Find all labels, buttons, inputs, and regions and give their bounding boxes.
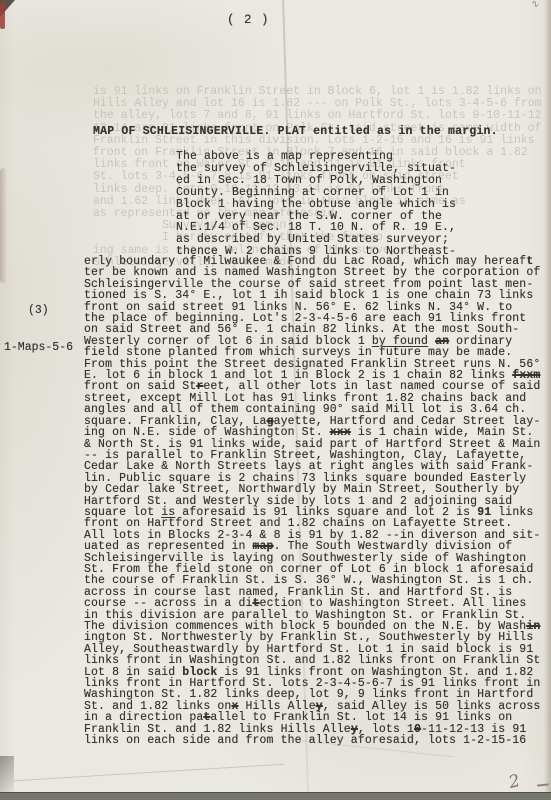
text-line: Block 1 having the obtuse angle which is [176,199,456,211]
left-edge-shadow [0,168,7,283]
text-line: Cedar Lake & North Streets lays at right… [84,461,540,472]
text-line: field stone planted from which surveys i… [84,347,540,358]
red-edge-mark [0,2,5,29]
text-line: ing on N.E. side of Washington St. xxx i… [84,427,540,438]
text-line: tioned is S. 34° E., lot 1 ih said block… [84,290,540,301]
text-line: course -- across in a ditection to Washi… [84,598,540,609]
text-line: County. Beginning at corner of Lot 1 in [176,187,456,199]
indented-paragraph: The above is a map representingthe surve… [176,151,456,258]
text-line: by Cedar lake Street, Northwardly by Mai… [84,484,540,495]
page-number: ( 2 ) [227,13,270,27]
margin-note-section: (3) [28,304,49,317]
text-line: ed in Sec. 18 Town of Polk, Washington [176,175,456,187]
scanned-document-page: is 91 links on Franklin Street in Block … [0,0,551,800]
document-heading: MAP OF SCHLEISINGERVILLE. PLAT entitled … [93,125,498,138]
right-edge-shadow [544,0,551,800]
pencil-tick-mark: ∿ [530,0,541,12]
handwritten-page-number: 2 [507,771,522,793]
ghost-text-line: the alley, lots 7 and 8, 91 links on Har… [93,110,542,122]
text-line: uated as represented in map. The South W… [84,541,540,552]
bottom-left-corner-shadow [0,756,14,796]
scan-bottom-edge [0,792,551,800]
margin-note-index: 1-Maps-5-6 [4,341,73,354]
diagonal-crease [14,764,284,781]
body-paragraph: erly boundary of Milwaukee & Fond du Lac… [84,256,540,746]
